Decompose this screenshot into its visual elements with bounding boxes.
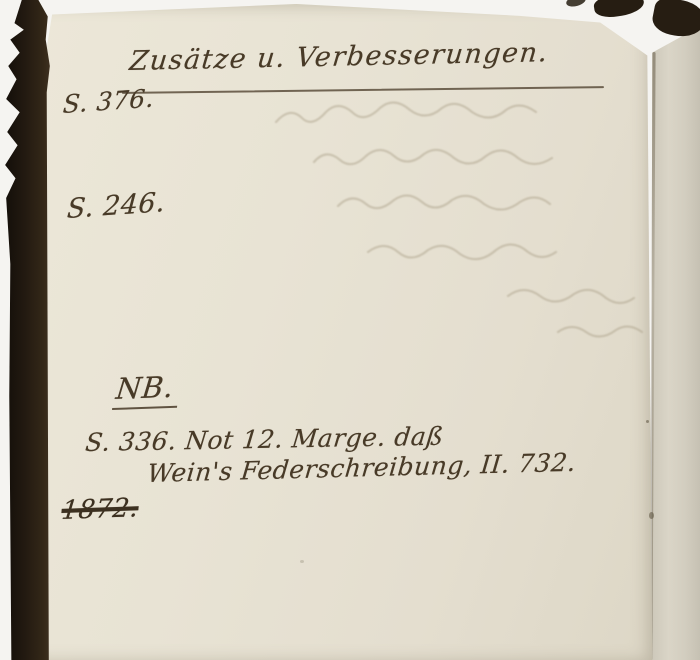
paper-speck — [300, 560, 304, 563]
nb-label: NB. — [112, 370, 181, 410]
leather-binding — [2, 0, 54, 660]
show-through-writing — [258, 84, 662, 354]
paper-speck — [649, 512, 654, 519]
paper-speck — [646, 420, 649, 423]
torn-leather-fragment — [593, 0, 646, 20]
book-photo: Zusätze u. Verbesserungen. S. 376. S. 24… — [0, 0, 700, 660]
struck-out-text: 1872. — [60, 493, 140, 526]
torn-leather-fragment — [650, 0, 700, 41]
torn-leather-fragment — [565, 0, 587, 8]
